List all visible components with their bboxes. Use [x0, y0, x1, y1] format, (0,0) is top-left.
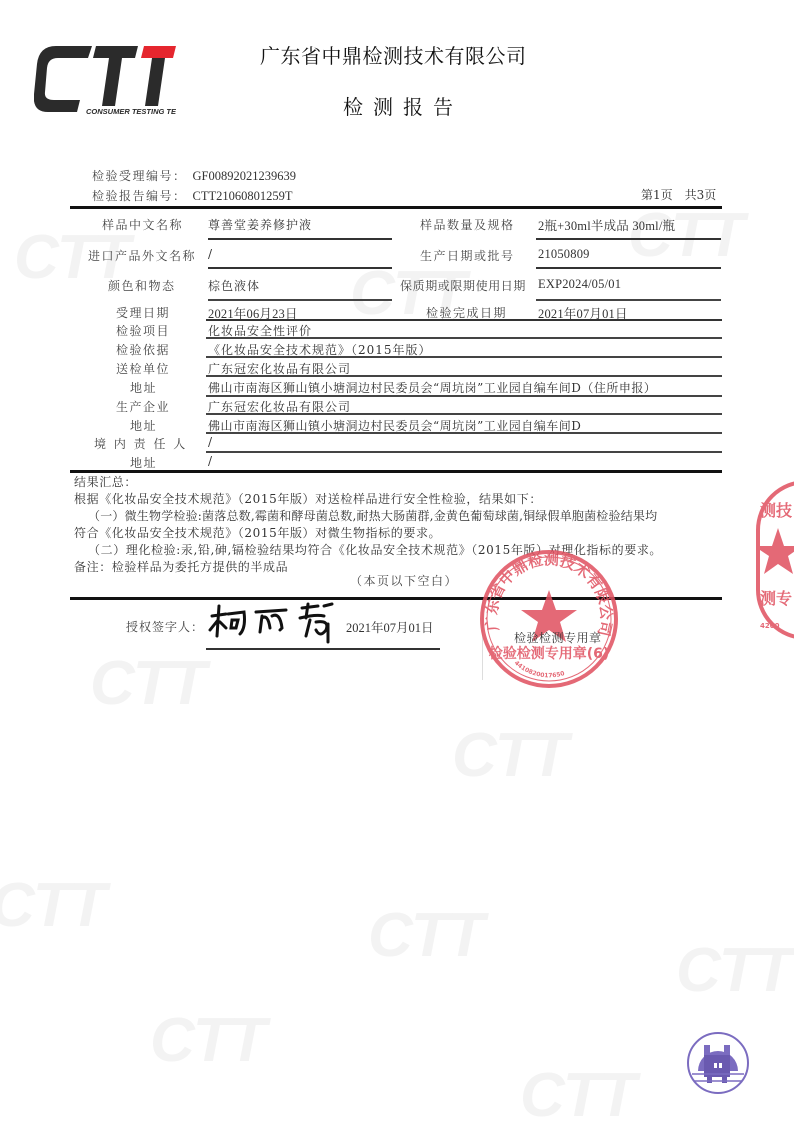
seal-caption: 检验检测专用章	[514, 629, 602, 646]
svg-text:CONSUMER TESTING TECH: CONSUMER TESTING TECH	[86, 107, 176, 116]
company-name: 广东省中鼎检测技术有限公司	[260, 40, 560, 69]
domestic-address-label: 地址	[130, 454, 157, 471]
underline	[206, 356, 722, 358]
domestic-responsible-label: 境 内 责 任 人	[94, 435, 187, 452]
underline	[206, 451, 722, 453]
acceptance-number: 检验受理编号：GF00892021239639	[92, 167, 296, 184]
blank-below-note: （本页以下空白）	[350, 572, 458, 589]
table-bottom-rule	[70, 470, 722, 473]
submitter-label: 送检单位	[116, 360, 170, 377]
svg-text:测技: 测技	[760, 501, 792, 520]
color-label: 颜色和物态	[108, 277, 176, 294]
underline	[208, 238, 392, 240]
signature-underline	[206, 648, 440, 650]
watermark-ctt: CTT	[90, 648, 205, 719]
underline	[536, 267, 721, 269]
table-top-rule	[70, 206, 722, 209]
signer-label: 授权签字人：	[126, 618, 204, 635]
signature-top-rule	[70, 597, 722, 600]
underline	[536, 299, 721, 301]
summary-title: 结果汇总：	[74, 474, 734, 491]
report-number: 检验报告编号：CTT21060801259T	[92, 187, 293, 204]
underline	[206, 319, 722, 321]
summary-intro: 根据《化妆品安全技术规范》（2015年版）对送检样品进行安全性检验，结果如下：	[74, 491, 734, 508]
producer-label: 生产企业	[116, 398, 170, 415]
producer-address-label: 地址	[130, 417, 157, 434]
watermark-ctt: CTT	[628, 200, 743, 271]
watermark-ctt: CTT	[676, 935, 791, 1006]
expiry-value: EXP2024/05/01	[538, 277, 621, 292]
handwritten-signature	[206, 600, 342, 644]
item-label: 检验项目	[116, 322, 170, 339]
watermark-ctt: CTT	[520, 1060, 635, 1123]
watermark-ctt: CTT	[0, 870, 105, 941]
report-title: 检测报告	[343, 91, 463, 120]
underline	[206, 432, 722, 434]
underline	[206, 395, 722, 397]
cn-name-value: 尊善堂姜养修护液	[208, 216, 312, 233]
svg-text:测专: 测专	[760, 589, 792, 608]
color-value: 棕色液体	[208, 277, 260, 294]
underline	[536, 238, 721, 240]
quantity-label: 样品数量及规格	[420, 216, 515, 233]
domestic-address-value: /	[208, 454, 213, 468]
svg-text:4410820017650: 4410820017650	[513, 660, 566, 680]
watermark-ctt: CTT	[368, 900, 483, 971]
submitter-address-value: 佛山市南海区狮山镇小塘洞边村民委员会“周坑岗”工业园自编车间D（住所申报）	[208, 379, 656, 396]
foreign-name-value: /	[208, 247, 213, 261]
svg-text:4200: 4200	[760, 622, 780, 630]
batch-value: 21050809	[538, 247, 590, 262]
page-number: 第1页共3页	[641, 186, 716, 203]
domestic-responsible-value: /	[208, 435, 213, 449]
underline	[208, 299, 392, 301]
ctt-logo: CONSUMER TESTING TECH	[34, 42, 176, 116]
watermark-ctt: CTT	[452, 720, 567, 791]
summary-micro-line1: （一）微生物学检验:菌落总数,霉菌和酵母菌总数,耐热大肠菌群,金黄色葡萄球菌,铜…	[74, 508, 734, 525]
underline	[206, 413, 722, 415]
cn-name-label: 样品中文名称	[102, 216, 183, 233]
accreditation-badge-icon	[686, 1031, 750, 1095]
expiry-label: 保质期或限期使用日期	[400, 277, 526, 294]
underline	[206, 375, 722, 377]
watermark-ctt: CTT	[150, 1005, 265, 1076]
received-label: 受理日期	[116, 304, 170, 321]
basis-label: 检验依据	[116, 341, 170, 358]
signature-date: 2021年07月01日	[346, 618, 434, 636]
official-seal: 广东省中鼎检测技术有限公司 检验检测专用章(6) 4410820017650	[478, 548, 620, 690]
underline	[206, 337, 722, 339]
svg-text:检验检测专用章(6): 检验检测专用章(6)	[489, 645, 610, 662]
submitter-address-label: 地址	[130, 379, 157, 396]
summary-chem: （二）理化检验:汞,铅,砷,镉检验结果均符合《化妆品安全技术规范》（2015年版…	[74, 542, 734, 559]
underline	[208, 267, 392, 269]
batch-label: 生产日期或批号	[420, 247, 515, 264]
result-summary: 结果汇总： 根据《化妆品安全技术规范》（2015年版）对送检样品进行安全性检验，…	[74, 474, 734, 576]
summary-micro-line2: 符合《化妆品安全技术规范》（2015年版）对微生物指标的要求。	[74, 525, 734, 542]
edge-seal: 测技 测专 4200	[756, 480, 794, 640]
foreign-name-label: 进口产品外文名称	[88, 247, 196, 264]
quantity-value: 2瓶+30ml半成品 30ml/瓶	[538, 216, 675, 234]
